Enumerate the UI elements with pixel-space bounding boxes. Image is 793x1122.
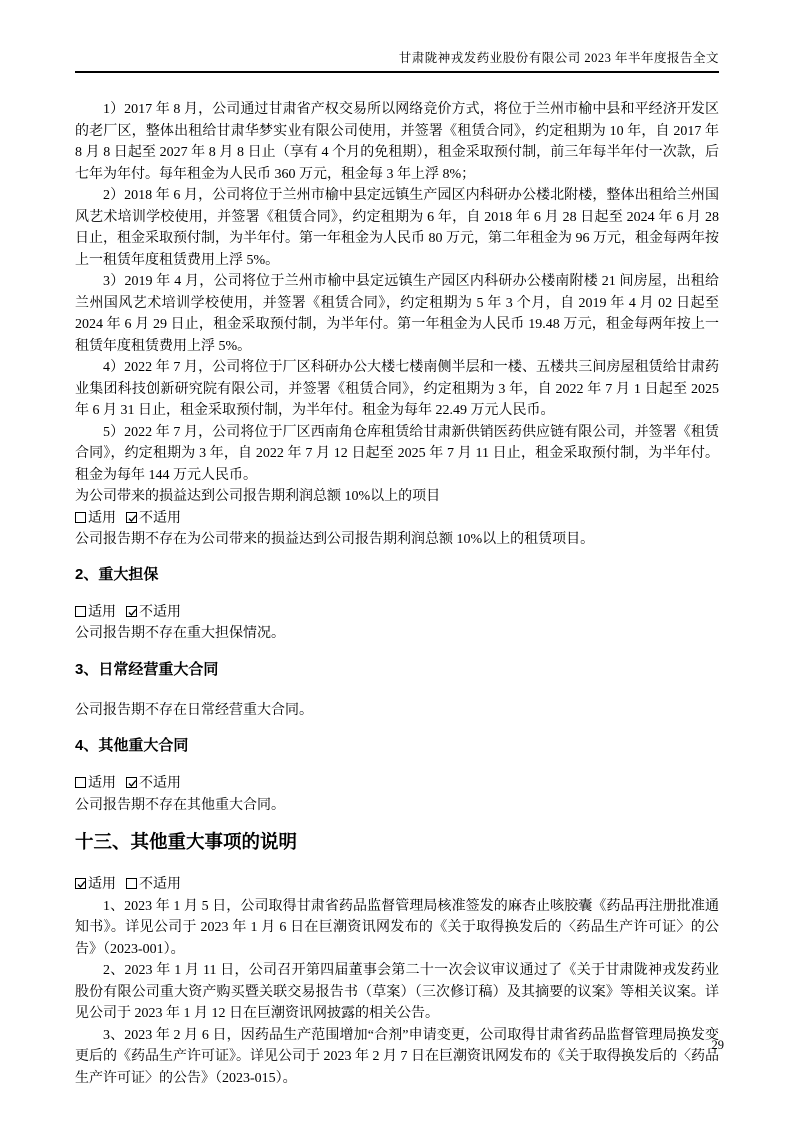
profit-note-body: 公司报告期不存在为公司带来的损益达到公司报告期利润总额 10%以上的租赁项目。 [75, 529, 719, 551]
lease-paragraph-1: 1）2017 年 8 月，公司通过甘肃省产权交易所以网络竞价方式，将位于兰州市榆… [75, 99, 719, 185]
page-header: 甘肃陇神戎发药业股份有限公司 2023 年半年度报告全文 [75, 50, 719, 73]
checkbox-unchecked-icon [75, 606, 86, 617]
checkbox-unchecked-icon [75, 512, 86, 523]
applicable-option: 适用 [75, 776, 116, 791]
section-heading-other-contracts: 4、其他重大合同 [75, 735, 719, 757]
not-applicable-label: 不适用 [139, 776, 181, 791]
section-heading-daily-contracts: 3、日常经营重大合同 [75, 659, 719, 681]
applicable-label: 适用 [88, 776, 116, 791]
report-page: 甘肃陇神戎发药业股份有限公司 2023 年半年度报告全文 1）2017 年 8 … [0, 0, 793, 1122]
checkbox-checked-icon [126, 606, 137, 617]
lease-paragraph-2: 2）2018 年 6 月，公司将位于兰州市榆中县定远镇生产园区内科研办公楼北附楼… [75, 185, 719, 271]
applicable-label: 适用 [88, 605, 116, 620]
not-applicable-label: 不适用 [139, 605, 181, 620]
daily-contracts-body: 公司报告期不存在日常经营重大合同。 [75, 700, 719, 722]
section-heading-guarantees: 2、重大担保 [75, 564, 719, 586]
applicable-option: 适用 [75, 511, 116, 526]
not-applicable-label: 不适用 [139, 877, 181, 892]
chapter-item-2: 2、2023 年 1 月 11 日，公司召开第四届董事会第二十一次会议审议通过了… [75, 960, 719, 1025]
applicable-option: 适用 [75, 877, 116, 892]
not-applicable-option: 不适用 [126, 511, 181, 526]
checkbox-checked-icon [126, 512, 137, 523]
checkbox-unchecked-icon [75, 777, 86, 788]
not-applicable-option: 不适用 [126, 877, 181, 892]
chapter-item-1: 1、2023 年 1 月 5 日，公司取得甘肃省药品监督管理局核准签发的麻杏止咳… [75, 896, 719, 961]
page-number: 29 [712, 1038, 725, 1053]
not-applicable-option: 不适用 [126, 776, 181, 791]
checkbox-checked-icon [126, 777, 137, 788]
report-header-title: 甘肃陇神戎发药业股份有限公司 2023 年半年度报告全文 [399, 51, 719, 65]
lease-paragraph-3: 3）2019 年 4 月，公司将位于兰州市榆中县定远镇生产园区内科研办公楼南附楼… [75, 271, 719, 357]
not-applicable-option: 不适用 [126, 605, 181, 620]
checkbox-checked-icon [75, 878, 86, 889]
not-applicable-label: 不适用 [139, 511, 181, 526]
chapter-applicability-line: 适用不适用 [75, 874, 719, 896]
lease-paragraph-5: 5）2022 年 7 月，公司将位于厂区西南角仓库租赁给甘肃新供销医药供应链有限… [75, 422, 719, 487]
applicable-option: 适用 [75, 605, 116, 620]
checkbox-unchecked-icon [126, 878, 137, 889]
other-contracts-body: 公司报告期不存在其他重大合同。 [75, 795, 719, 817]
lease-paragraph-4: 4）2022 年 7 月，公司将位于厂区科研办公大楼七楼南侧半层和一楼、五楼共三… [75, 357, 719, 422]
applicable-label: 适用 [88, 877, 116, 892]
guarantees-applicability-line: 适用不适用 [75, 602, 719, 624]
profit-applicability-line: 适用不适用 [75, 508, 719, 530]
chapter-item-3: 3、2023 年 2 月 6 日，因药品生产范围增加“合剂”申请变更，公司取得甘… [75, 1025, 719, 1090]
page-content: 1）2017 年 8 月，公司通过甘肃省产权交易所以网络竞价方式，将位于兰州市榆… [75, 99, 719, 1089]
chapter-heading-other-matters: 十三、其他重大事项的说明 [75, 828, 719, 855]
guarantees-body: 公司报告期不存在重大担保情况。 [75, 623, 719, 645]
applicable-label: 适用 [88, 511, 116, 526]
other-contracts-applicability-line: 适用不适用 [75, 773, 719, 795]
profit-note-title: 为公司带来的损益达到公司报告期利润总额 10%以上的项目 [75, 486, 719, 508]
